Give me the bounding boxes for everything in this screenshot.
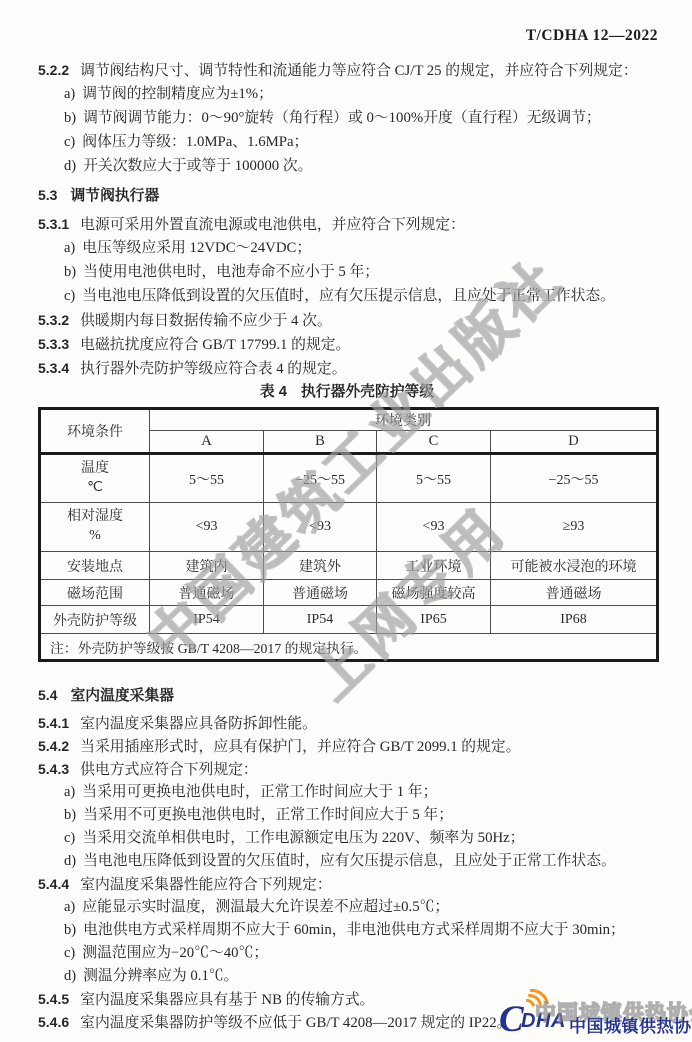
table-4-caption: 执行器外壳防护等级 (301, 384, 434, 400)
clause-5-3-1: 5.3.1电源可采用外置直流电源或电池供电，并应符合下列规定： (38, 212, 656, 236)
section-heading-5-4: 5.4室内温度采集器 (38, 684, 656, 707)
table-cell: 普通磁场 (150, 580, 264, 606)
section-title: 调节阀执行器 (70, 188, 159, 204)
doc-reference-number: T/CDHA 12—2022 (526, 27, 658, 45)
item-text: 测温范围应为−20℃～40℃； (82, 945, 268, 961)
table-cell: IP65 (377, 606, 491, 634)
item-text: 当采用交流单相供电时，工作电源额定电压为 220V、频率为 50Hz； (82, 830, 524, 846)
item-letter: c) (64, 134, 75, 150)
env-class-d-header: D (491, 431, 658, 454)
clause-5-3-4: 5.3.4执行器外壳防护等级应符合表 4 的规定。 (38, 356, 656, 380)
clause-number: 5.4.1 (38, 715, 69, 731)
clause-5-3-2: 5.3.2供暖期内每日数据传输不应少于 4 次。 (38, 308, 656, 332)
clause-number: 5.3.1 (38, 216, 69, 232)
clause-text: 室内温度采集器性能应符合下列规定： (80, 877, 332, 893)
clause-5-2-2: 5.2.2调节阀结构尺寸、调节特性和流通能力等应符合 CJ/T 25 的规定，并… (38, 58, 656, 82)
clause-text: 供暖期内每日数据传输不应少于 4 次。 (80, 313, 332, 329)
item-5-4-3-c: c)当采用交流单相供电时，工作电源额定电压为 220V、频率为 50Hz； (38, 827, 656, 850)
clause-text: 调节阀结构尺寸、调节特性和流通能力等应符合 CJ/T 25 的规定，并应符合下列… (80, 63, 638, 79)
table-cell: 普通磁场 (491, 580, 658, 606)
clause-number: 5.4.6 (38, 1014, 69, 1030)
table-4-enclosure-protection-ratings: 环境条件 环境类别 A B C D 温度 ℃ 5～55 −25～55 5～55 … (38, 407, 659, 662)
row-label-magnetic: 磁场范围 (40, 580, 150, 606)
table-row-temperature: 温度 ℃ 5～55 −25～55 5～55 −25～55 (40, 454, 658, 503)
item-text: 调节阀的控制精度应为±1%； (82, 86, 273, 102)
table-cell: <93 (264, 503, 377, 552)
item-5-4-3-b: b)当采用不可更换电池供电时，正常工作时间应大于 5 年； (38, 804, 656, 827)
env-class-a-header: A (150, 431, 264, 454)
clause-5-4-4: 5.4.4室内温度采集器性能应符合下列规定： (38, 873, 656, 896)
item-letter: b) (64, 807, 76, 823)
item-letter: a) (64, 240, 75, 256)
item-text: 电压等级应采用 12VDC～24VDC； (82, 240, 311, 256)
item-letter: a) (64, 86, 75, 102)
item-5-3-1-a: a)电压等级应采用 12VDC～24VDC； (38, 236, 656, 260)
clause-text: 电磁抗扰度应符合 GB/T 17799.1 的规定。 (80, 337, 350, 353)
table-cell: <93 (377, 503, 491, 552)
table-cell: IP68 (491, 606, 658, 634)
item-text: 电池供电方式采样周期不应大于 60min，非电池供电方式采样周期不应大于 30m… (83, 922, 625, 938)
clause-5-4-1: 5.4.1室内温度采集器应具备防拆卸性能。 (38, 712, 656, 735)
row-unit: % (41, 527, 149, 546)
table-row-humidity: 相对湿度 % <93 <93 <93 ≥93 (40, 503, 658, 552)
section-number: 5.4 (38, 687, 57, 703)
table-4-title: 表 4执行器外壳防护等级 (38, 382, 656, 402)
item-5-4-3-a: a)当采用可更换电池供电时，正常工作时间应大于 1 年； (38, 781, 656, 804)
clause-block-5-2-to-5-3: 5.2.2调节阀结构尺寸、调节特性和流通能力等应符合 CJ/T 25 的规定，并… (38, 58, 656, 380)
item-letter: b) (64, 264, 76, 280)
item-5-3-1-c: c)当电池电压降低到设置的欠压值时，应有欠压提示信息，且应处于正常工作状态。 (38, 284, 656, 308)
table-corner-header: 环境条件 (40, 409, 150, 454)
section-title: 室内温度采集器 (70, 688, 174, 704)
item-text: 测温分辨率应为 0.1℃。 (83, 968, 238, 984)
clause-number: 5.3.3 (38, 336, 69, 352)
item-5-4-4-d: d)测温分辨率应为 0.1℃。 (38, 965, 656, 988)
row-label: 温度 (41, 460, 149, 479)
item-letter: d) (64, 853, 76, 869)
table-cell: 建筑内 (150, 552, 264, 580)
row-label-ip-rating: 外壳防护等级 (40, 606, 150, 634)
clause-text: 室内温度采集器应具备防拆卸性能。 (80, 716, 317, 732)
item-text: 应能显示实时温度，测温最大允许误差不应超过±0.5℃； (82, 899, 449, 915)
table-note-row: 注：外壳防护等级按 GB/T 4208—2017 的规定执行。 (40, 634, 658, 661)
item-text: 开关次数应大于或等于 100000 次。 (83, 158, 312, 174)
item-text: 当使用电池供电时，电池寿命不应小于 5 年； (83, 264, 379, 280)
table-row-install-location: 安装地点 建筑内 建筑外 工业环境 可能被水浸泡的环境 (40, 552, 658, 580)
item-5-2-2-d: d)开关次数应大于或等于 100000 次。 (38, 154, 656, 178)
clause-text: 室内温度采集器防护等级不应低于 GB/T 4208—2017 规定的 IP22。 (80, 1015, 511, 1031)
item-text: 当电池电压降低到设置的欠压值时，应有欠压提示信息，且应处于正常工作状态。 (83, 853, 616, 869)
clause-number: 5.2.2 (38, 62, 69, 78)
item-5-2-2-c: c)阀体压力等级：1.0MPa、1.6MPa； (38, 130, 656, 154)
table-cell: 5～55 (150, 454, 264, 503)
table-cell: 建筑外 (264, 552, 377, 580)
document-page: T/CDHA 12—2022 中国建筑工业出版社 上网专用 5.2.2调节阀结构… (0, 0, 692, 1042)
row-label: 相对湿度 (41, 508, 149, 527)
item-letter: d) (64, 968, 76, 984)
document-body: 5.2.2调节阀结构尺寸、调节特性和流通能力等应符合 CJ/T 25 的规定，并… (38, 58, 656, 1034)
row-label-temperature: 温度 ℃ (40, 454, 150, 503)
table-cell: −25～55 (264, 454, 377, 503)
table-row-ip-rating: 外壳防护等级 IP54 IP54 IP65 IP68 (40, 606, 658, 634)
table-cell: 普通磁场 (264, 580, 377, 606)
item-text: 阀体压力等级：1.0MPa、1.6MPa； (82, 134, 308, 150)
table-row-magnetic-field: 磁场范围 普通磁场 普通磁场 磁场强度较高 普通磁场 (40, 580, 658, 606)
table-cell: 工业环境 (377, 552, 491, 580)
table-cell: 磁场强度较高 (377, 580, 491, 606)
row-unit: ℃ (41, 479, 149, 498)
clause-text: 执行器外壳防护等级应符合表 4 的规定。 (80, 361, 346, 377)
item-letter: c) (64, 945, 75, 961)
table-cell: −25～55 (491, 454, 658, 503)
item-5-4-4-c: c)测温范围应为−20℃～40℃； (38, 942, 656, 965)
row-label-humidity: 相对湿度 % (40, 503, 150, 552)
clause-number: 5.4.2 (38, 738, 69, 754)
item-letter: c) (64, 288, 75, 304)
table-cell: IP54 (264, 606, 377, 634)
item-5-4-3-d: d)当电池电压降低到设置的欠压值时，应有欠压提示信息，且应处于正常工作状态。 (38, 850, 656, 873)
table-4-label: 表 4 (260, 384, 287, 400)
item-letter: a) (64, 899, 75, 915)
item-text: 当采用不可更换电池供电时，正常工作时间应大于 5 年； (83, 807, 453, 823)
item-5-2-2-a: a)调节阀的控制精度应为±1%； (38, 82, 656, 106)
clause-number: 5.4.3 (38, 761, 69, 777)
logo-letter-c: C (499, 1001, 524, 1038)
cdha-logo: C DHA 中国城镇供热协会 中国城镇供热协会 (497, 995, 692, 1042)
clause-text: 供电方式应符合下列规定： (80, 762, 258, 778)
table-cell: 5～55 (377, 454, 491, 503)
clause-number: 5.4.5 (38, 991, 69, 1007)
clause-number: 5.4.4 (38, 876, 69, 892)
item-text: 当电池电压降低到设置的欠压值时，应有欠压提示信息，且应处于正常工作状态。 (82, 288, 615, 304)
row-label-location: 安装地点 (40, 552, 150, 580)
item-letter: d) (64, 158, 76, 174)
item-5-4-4-a: a)应能显示实时温度，测温最大允许误差不应超过±0.5℃； (38, 896, 656, 919)
clause-number: 5.3.2 (38, 312, 69, 328)
clause-5-4-2: 5.4.2当采用插座形式时，应具有保护门，并应符合 GB/T 2099.1 的规… (38, 735, 656, 758)
item-text: 调节阀调节能力：0～90°旋转（角行程）或 0～100%开度（直行程）无级调节； (83, 110, 601, 126)
section-heading-5-3: 5.3调节阀执行器 (38, 183, 656, 207)
item-letter: b) (64, 922, 76, 938)
env-class-b-header: B (264, 431, 377, 454)
table-note: 注：外壳防护等级按 GB/T 4208—2017 的规定执行。 (40, 634, 658, 661)
clause-block-5-4: 5.4室内温度采集器 5.4.1室内温度采集器应具备防拆卸性能。 5.4.2当采… (38, 684, 656, 1034)
clause-5-4-3: 5.4.3供电方式应符合下列规定： (38, 758, 656, 781)
clause-text: 当采用插座形式时，应具有保护门，并应符合 GB/T 2099.1 的规定。 (80, 739, 520, 755)
table-cell: IP54 (150, 606, 264, 634)
item-5-3-1-b: b)当使用电池供电时，电池寿命不应小于 5 年； (38, 260, 656, 284)
table-cell: ≥93 (491, 503, 658, 552)
table-cell: 可能被水浸泡的环境 (491, 552, 658, 580)
clause-number: 5.3.4 (38, 360, 69, 376)
item-letter: a) (64, 784, 75, 800)
clause-5-3-3: 5.3.3电磁抗扰度应符合 GB/T 17799.1 的规定。 (38, 332, 656, 356)
env-class-c-header: C (377, 431, 491, 454)
clause-text: 电源可采用外置直流电源或电池供电，并应符合下列规定： (80, 217, 465, 233)
item-5-4-4-b: b)电池供电方式采样周期不应大于 60min，非电池供电方式采样周期不应大于 3… (38, 919, 656, 942)
clause-text: 室内温度采集器应具有基于 NB 的传输方式。 (80, 992, 374, 1008)
logo-name-text: 中国城镇供热协会 (569, 1012, 692, 1037)
table-cell: <93 (150, 503, 264, 552)
item-letter: c) (64, 830, 75, 846)
table-group-header: 环境类别 (150, 409, 658, 431)
item-letter: b) (64, 110, 76, 126)
item-text: 当采用可更换电池供电时，正常工作时间应大于 1 年； (82, 784, 437, 800)
section-number: 5.3 (38, 187, 57, 203)
item-5-2-2-b: b)调节阀调节能力：0～90°旋转（角行程）或 0～100%开度（直行程）无级调… (38, 106, 656, 130)
